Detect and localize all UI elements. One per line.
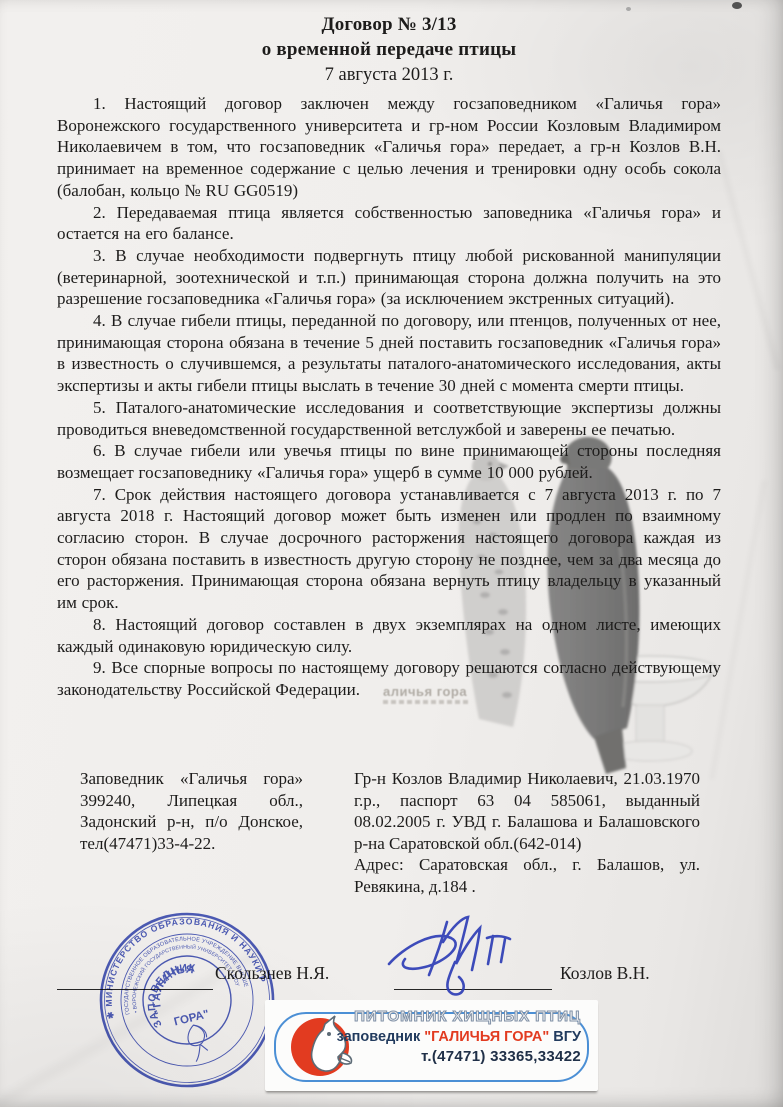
signatory-name-right: Козлов В.Н. — [560, 963, 650, 984]
clause-6: 6. В случае гибели или увечья птицы по в… — [57, 440, 721, 483]
contract-clauses: 1. Настоящий договор заключен между госз… — [57, 93, 721, 701]
clause-5: 5. Паталого-анатомические исследования и… — [57, 397, 721, 440]
handwritten-signature — [383, 912, 533, 1005]
clause-2: 2. Передаваемая птица является собственн… — [57, 202, 721, 245]
document-body: Договор № 3/13 о временной передаче птиц… — [57, 12, 721, 701]
sticker-line2: заповедник "ГАЛИЧЬЯ ГОРА" ВГУ — [337, 1027, 581, 1047]
contract-title: Договор № 3/13 — [57, 12, 721, 37]
scan-speck — [732, 2, 742, 9]
contract-date: 7 августа 2013 г. — [57, 62, 721, 88]
scan-speck — [626, 7, 631, 11]
sticker-text-block: ПИТОМНИК ХИЩНЫХ ПТИЦ заповедник "ГАЛИЧЬЯ… — [337, 1007, 581, 1067]
party-citizen-passport: Гр-н Козлов Владимир Николаевич, 21.03.1… — [354, 768, 700, 854]
clause-4: 4. В случае гибели птицы, переданной по … — [57, 310, 721, 397]
clause-3: 3. В случае необходимости подвергнуть пт… — [57, 245, 721, 310]
party-reserve: Заповедник «Галичья гора» 399240, Липецк… — [80, 768, 303, 898]
parties-block: Заповедник «Галичья гора» 399240, Липецк… — [80, 768, 700, 898]
sticker-line2-prefix: заповедник — [337, 1029, 425, 1045]
paper-crease — [713, 150, 783, 370]
clause-9: 9. Все спорные вопросы по настоящему дог… — [57, 657, 721, 700]
contract-subtitle: о временной передаче птицы — [57, 37, 721, 62]
stamp-center-bottom: ГОРА" — [173, 1008, 211, 1028]
clause-7: 7. Срок действия настоящего договора уст… — [57, 484, 721, 614]
clause-8: 8. Настоящий договор составлен в двух эк… — [57, 614, 721, 657]
official-round-stamp: ✱ МИНИСТЕРСТВО ОБРАЗОВАНИЯ И НАУКИ РОССИ… — [97, 910, 277, 1095]
sticker-phone: т.(47471) 33365,33422 — [337, 1047, 581, 1067]
party-citizen: Гр-н Козлов Владимир Николаевич, 21.03.1… — [354, 768, 700, 898]
falcon-nursery-sticker: ПИТОМНИК ХИЩНЫХ ПТИЦ заповедник "ГАЛИЧЬЯ… — [265, 1000, 598, 1091]
party-citizen-address: Адрес: Саратовская обл., г. Балашов, ул.… — [354, 854, 700, 897]
sticker-line1: ПИТОМНИК ХИЩНЫХ ПТИЦ — [337, 1007, 581, 1027]
scanned-contract-page: аличья гора Договор № 3/13 о временной п… — [0, 0, 783, 1107]
clause-1: 1. Настоящий договор заключен между госз… — [57, 93, 721, 202]
sticker-line2-suffix: ВГУ — [549, 1029, 581, 1045]
sticker-line2-highlight: "ГАЛИЧЬЯ ГОРА" — [424, 1029, 549, 1045]
